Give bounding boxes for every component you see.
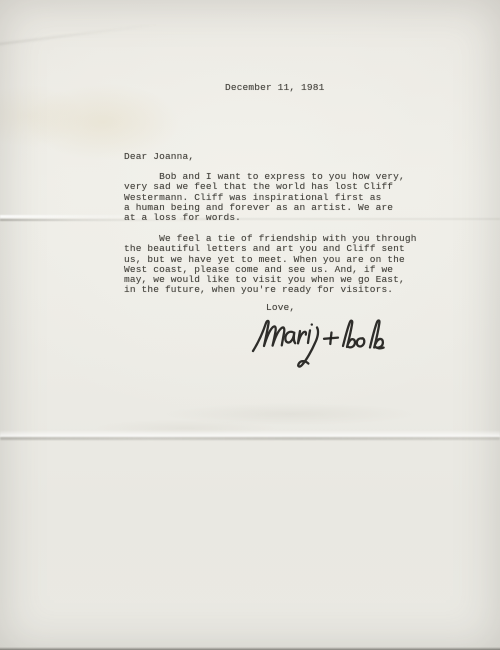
letter-paragraph-1: Bob and I want to express to you how ver… (124, 172, 405, 223)
letter-paragraph-2: We feel a tie of friendship with you thr… (124, 234, 417, 296)
letter-date: December 11, 1981 (225, 83, 324, 93)
paper-fold-highlight (0, 430, 500, 437)
signature-drawing (250, 317, 400, 377)
handwritten-signature: Maris + bob (250, 317, 400, 377)
letter-closing: Love, (266, 303, 295, 313)
letter-salutation: Dear Joanna, (124, 152, 194, 162)
paper-crease-top (0, 24, 157, 47)
letter-scan: December 11, 1981 Dear Joanna, Bob and I… (0, 0, 500, 650)
paper-fold-shadow (0, 437, 500, 440)
